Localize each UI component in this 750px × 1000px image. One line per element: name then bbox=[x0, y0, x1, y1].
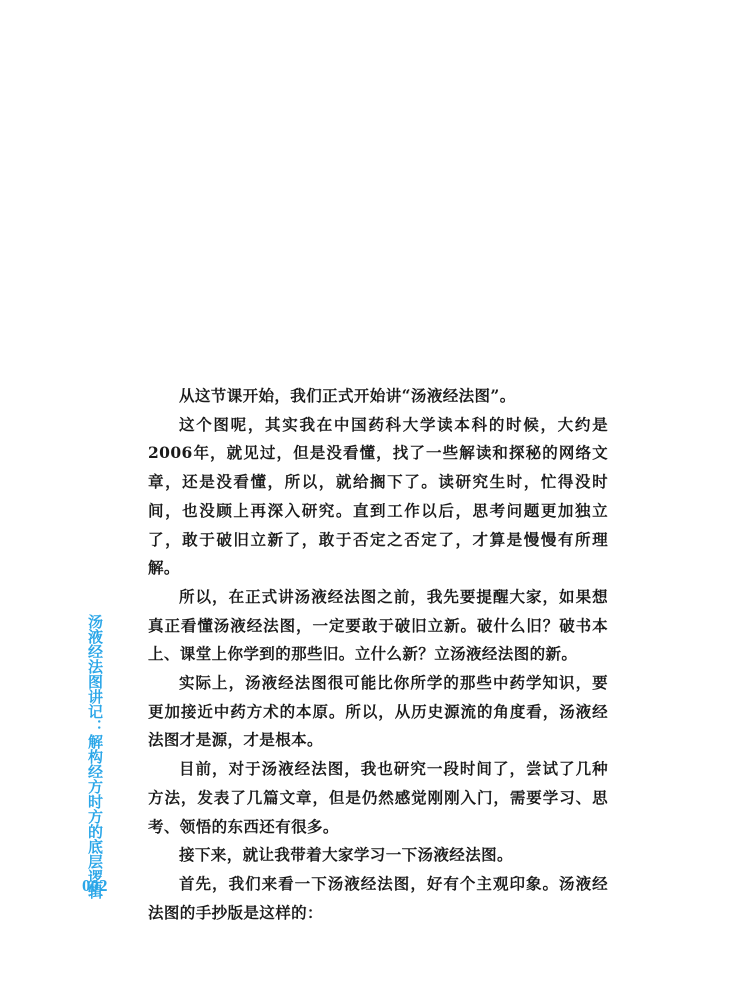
paragraph: 实际上，汤液经法图很可能比你所学的那些中药学知识，要更加接近中药方术的本原。所以… bbox=[148, 669, 608, 755]
paragraph: 目前，对于汤液经法图，我也研究一段时间了，尝试了几种方法，发表了几篇文章，但是仍… bbox=[148, 755, 608, 841]
paragraph: 所以，在正式讲汤液经法图之前，我先要提醒大家，如果想真正看懂汤液经法图，一定要敢… bbox=[148, 583, 608, 669]
book-page: 从这节课开始，我们正式开始讲“汤液经法图”。 这个图呢，其实我在中国药科大学读本… bbox=[0, 0, 750, 1000]
paragraph: 从这节课开始，我们正式开始讲“汤液经法图”。 bbox=[148, 382, 608, 411]
paragraph: 这个图呢，其实我在中国药科大学读本科的时候，大约是2006年，就见过，但是没看懂… bbox=[148, 411, 608, 583]
page-number: 002 bbox=[82, 876, 108, 896]
running-header-book-title: 汤液经法图讲记：解构经方时方的底层逻辑 bbox=[84, 614, 106, 899]
body-text: 从这节课开始，我们正式开始讲“汤液经法图”。 这个图呢，其实我在中国药科大学读本… bbox=[148, 382, 608, 927]
paragraph: 接下来，就让我带着大家学习一下汤液经法图。 bbox=[148, 841, 608, 870]
paragraph: 首先，我们来看一下汤液经法图，好有个主观印象。汤液经法图的手抄版是这样的： bbox=[148, 870, 608, 927]
